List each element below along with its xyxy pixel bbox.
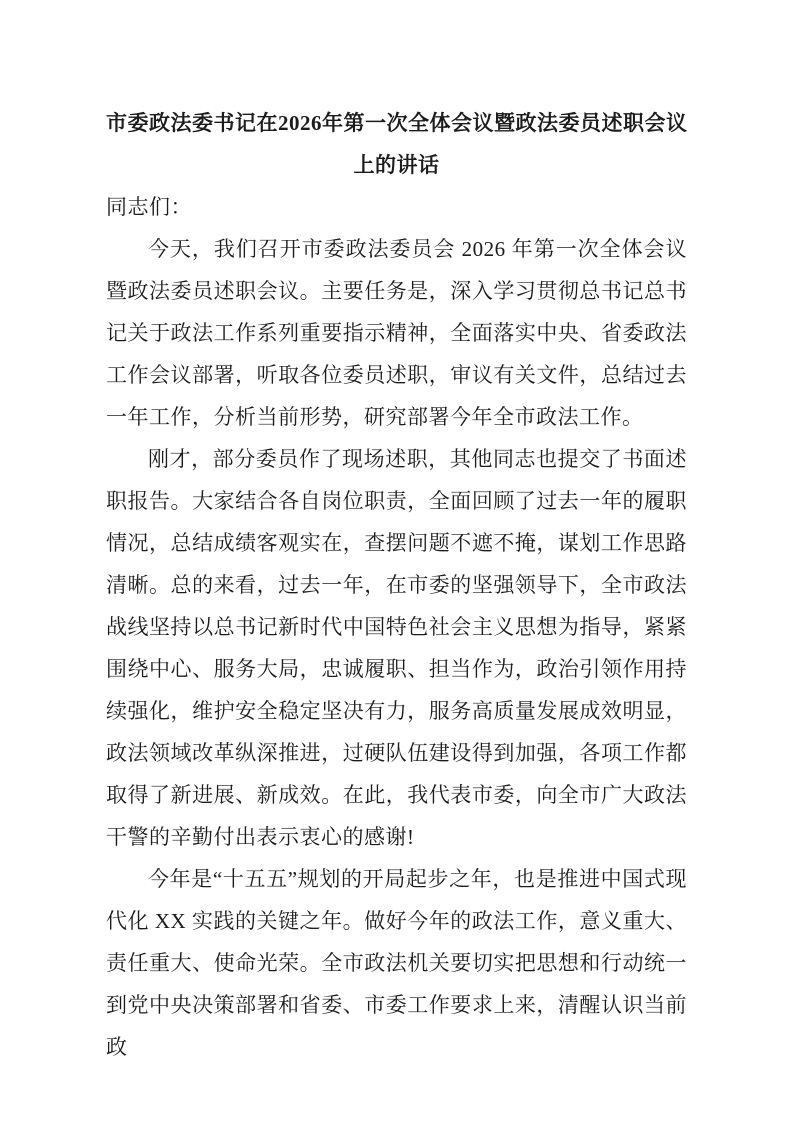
salutation: 同志们： <box>106 186 687 228</box>
document-page: 市委政法委书记在2026年第一次全体会议暨政法委员述职会议 上的讲话 同志们： … <box>0 0 793 1122</box>
paragraph-3: 今年是“十五五”规划的开局起步之年，也是推进中国式现代化 XX 实践的关键之年。… <box>106 858 687 1068</box>
document-title-line-1: 市委政法委书记在2026年第一次全体会议暨政法委员述职会议 <box>106 102 687 144</box>
document-title-line-2: 上的讲话 <box>106 144 687 186</box>
paragraph-2: 刚才，部分委员作了现场述职，其他同志也提交了书面述职报告。大家结合各自岗位职责，… <box>106 438 687 858</box>
document-title: 市委政法委书记在2026年第一次全体会议暨政法委员述职会议 上的讲话 <box>106 102 687 186</box>
paragraph-1: 今天，我们召开市委政法委员会 2026 年第一次全体会议暨政法委员述职会议。主要… <box>106 228 687 438</box>
